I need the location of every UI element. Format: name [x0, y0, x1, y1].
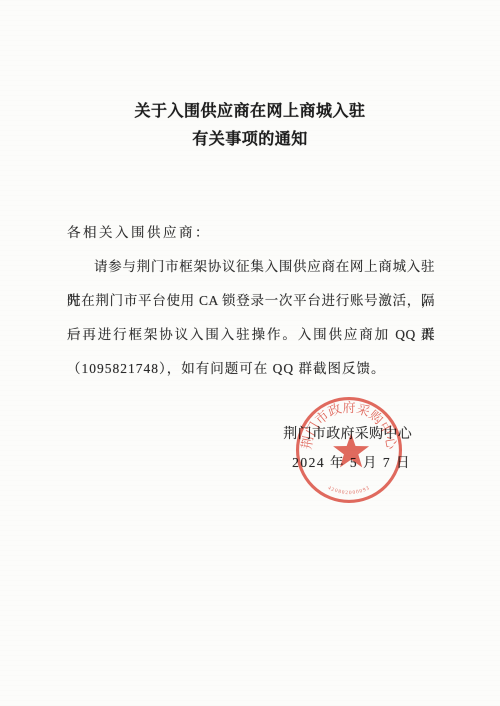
- seal-star-icon: [333, 433, 369, 467]
- paragraph-line-1: 请参与荆门市框架协议征集入围供应商在网上商城入驻时，: [67, 250, 435, 284]
- paragraph-line-4: （1095821748），如有问题可在 QQ 群截图反馈。: [67, 352, 435, 386]
- document-title: 关于入围供应商在网上商城入驻 有关事项的通知: [0, 98, 500, 154]
- salutation: 各相关入围供应商：: [67, 216, 435, 250]
- document-title-line1: 关于入围供应商在网上商城入驻: [0, 98, 500, 126]
- scanned-notice-document: 关于入围供应商在网上商城入驻 有关事项的通知 各相关入围供应商： 请参与荆门市框…: [0, 0, 500, 706]
- document-body: 各相关入围供应商： 请参与荆门市框架协议征集入围供应商在网上商城入驻时， 先在荆…: [67, 216, 435, 386]
- paragraph-line-2: 先在荆门市平台使用 CA 锁登录一次平台进行账号激活，隔一天: [67, 284, 435, 318]
- official-seal-stamp: 荆门市政府采购中心 420802000093: [286, 387, 412, 513]
- seal-code: 420802000093: [327, 485, 371, 496]
- document-title-line2: 有关事项的通知: [0, 126, 500, 154]
- paragraph-line-3: 后再进行框架协议入围入驻操作。入围供应商加 QQ 群: [67, 318, 435, 352]
